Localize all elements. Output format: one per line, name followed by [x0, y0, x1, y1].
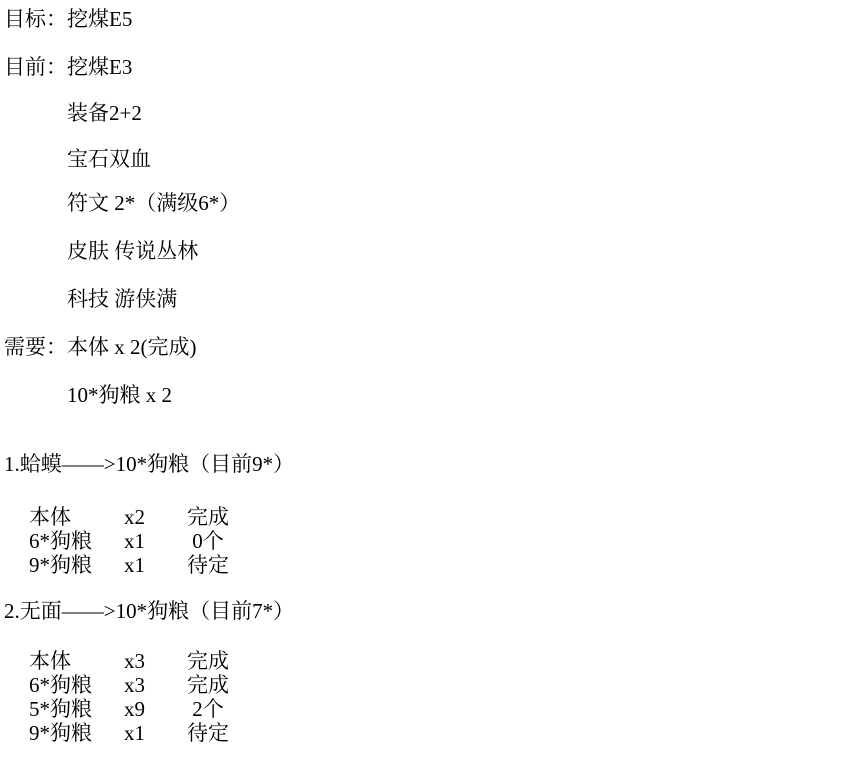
- row-item: 6*狗粮: [29, 673, 124, 697]
- row-status: 待定: [182, 553, 234, 577]
- row-status: 完成: [182, 649, 234, 673]
- row-qty: x1: [124, 721, 182, 745]
- current-detail-equipment: 装备2+2: [4, 101, 846, 125]
- row-status: 完成: [182, 673, 234, 697]
- table-row: 本体x2完成: [4, 505, 846, 529]
- table-row: 9*狗粮x1待定: [4, 553, 846, 577]
- row-item: 6*狗粮: [29, 529, 124, 553]
- row-status: 2个: [182, 697, 234, 721]
- row-status: 0个: [182, 529, 234, 553]
- need-detail-fodder: 10*狗粮 x 2: [4, 383, 846, 407]
- table-row: 6*狗粮x10个: [4, 529, 846, 553]
- row-qty: x3: [124, 673, 182, 697]
- row-qty: x9: [124, 697, 182, 721]
- current-line: 目前：挖煤E3: [4, 55, 846, 79]
- goal-label: 目标：: [4, 7, 67, 31]
- row-item: 9*狗粮: [29, 721, 124, 745]
- row-qty: x1: [124, 529, 182, 553]
- goal-value: 挖煤E5: [67, 7, 132, 31]
- table-row: 9*狗粮x1待定: [4, 721, 846, 745]
- goal-line: 目标：挖煤E5: [4, 7, 846, 31]
- need-line: 需要：本体 x 2(完成): [4, 335, 846, 359]
- need-value: 本体 x 2(完成): [67, 335, 197, 359]
- current-detail-gems: 宝石双血: [4, 147, 846, 171]
- row-item: 本体: [29, 649, 124, 673]
- section-1-title: 1.蛤蟆——>10*狗粮（目前9*）: [4, 452, 846, 476]
- current-detail-runes: 符文 2*（满级6*）: [4, 191, 846, 215]
- need-label: 需要：: [4, 335, 67, 359]
- current-detail-tech: 科技 游侠满: [4, 287, 846, 311]
- notes-document: 目标：挖煤E5 目前：挖煤E3 装备2+2 宝石双血 符文 2*（满级6*） 皮…: [0, 0, 854, 745]
- table-row: 6*狗粮x3完成: [4, 673, 846, 697]
- current-detail-skin: 皮肤 传说丛林: [4, 239, 846, 263]
- row-qty: x3: [124, 649, 182, 673]
- row-qty: x1: [124, 553, 182, 577]
- row-qty: x2: [124, 505, 182, 529]
- row-item: 9*狗粮: [29, 553, 124, 577]
- notes-page: 目标：挖煤E5 目前：挖煤E3 装备2+2 宝石双血 符文 2*（满级6*） 皮…: [0, 0, 854, 757]
- row-status: 待定: [182, 721, 234, 745]
- table-row: 本体x3完成: [4, 649, 846, 673]
- row-item: 本体: [29, 505, 124, 529]
- section-2-title: 2.无面——>10*狗粮（目前7*）: [4, 599, 846, 623]
- current-label: 目前：: [4, 55, 67, 79]
- row-item: 5*狗粮: [29, 697, 124, 721]
- table-row: 5*狗粮x92个: [4, 697, 846, 721]
- row-status: 完成: [182, 505, 234, 529]
- current-value: 挖煤E3: [67, 55, 132, 79]
